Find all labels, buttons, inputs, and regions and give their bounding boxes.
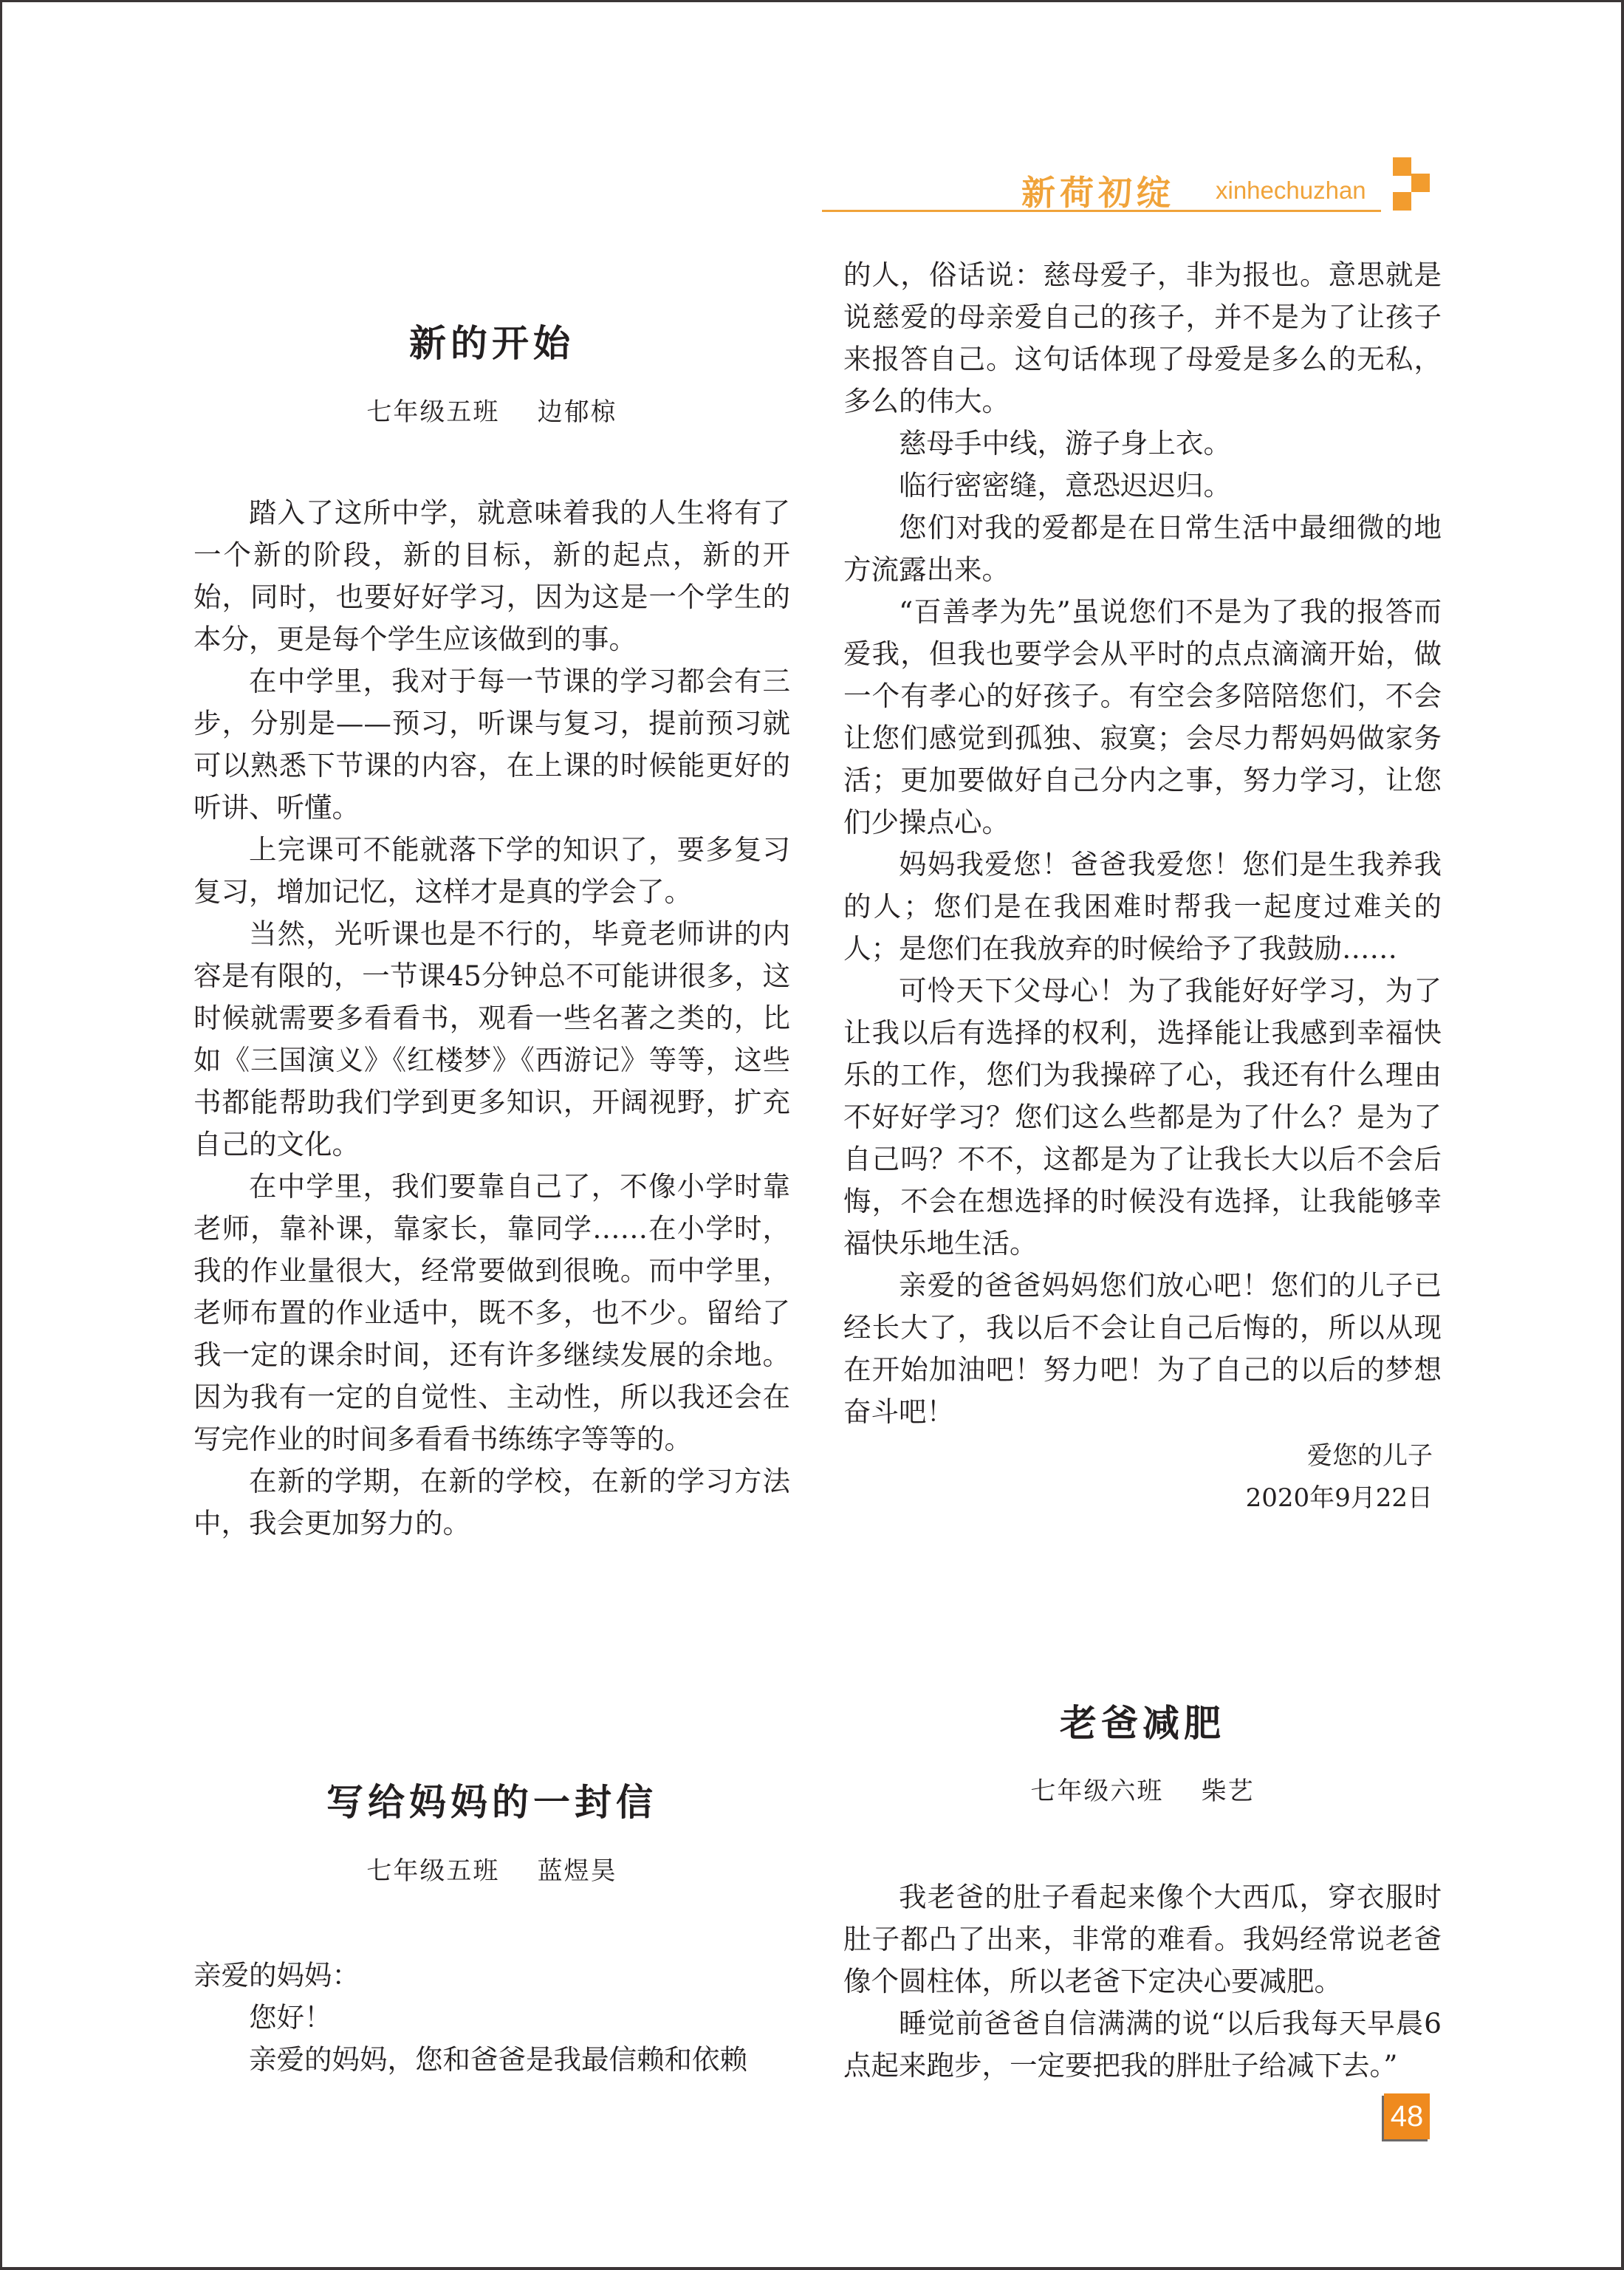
- paragraph: 上完课可不能就落下学的知识了，要多复习复习，增加记忆，这样才是真的学会了。: [193, 829, 790, 913]
- letter-signature: 爱您的儿子: [1182, 1435, 1433, 1477]
- paragraph: 当然，光听课也是不行的，毕竟老师讲的内容是有限的，一节课45分钟总不可能讲很多，…: [193, 913, 790, 1166]
- paragraph: 我老爸的肚子看起来像个大西瓜，穿衣服时肚子都凸了出来，非常的难看。我妈经常说老爸…: [843, 1876, 1442, 2003]
- article-title: 写给妈妈的一封信: [193, 1773, 790, 1826]
- article-byline: 七年级六班 柴艺: [843, 1771, 1442, 1807]
- letter-body-start: 亲爱的妈妈： 您好！ 亲爱的妈妈，您和爸爸是我最信赖和依赖: [193, 1955, 790, 2081]
- article-title: 新的开始: [193, 314, 790, 367]
- letter-body-continued: 的人，俗话说：慈母爱子，非为报也。意思就是说慈爱的母亲爱自己的孩子，并不是为了让…: [843, 254, 1442, 1433]
- section-header: 新荷初绽 xinhechuzhan: [822, 157, 1435, 216]
- article-byline: 七年级五班 蓝煜昊: [193, 1850, 790, 1887]
- paragraph: 亲爱的爸爸妈妈您们放心吧！您们的儿子已经长大了，我以后不会让自己后悔的，所以从现…: [843, 1265, 1442, 1433]
- paragraph: 睡觉前爸爸自信满满的说“以后我每天早晨6点起来跑步，一定要把我的胖肚子给减下去。…: [843, 2003, 1442, 2087]
- section-pinyin: xinhechuzhan: [1216, 177, 1366, 205]
- paragraph: 亲爱的妈妈，您和爸爸是我最信赖和依赖: [193, 2039, 790, 2081]
- paragraph: 妈妈我爱您！爸爸我爱您！您们是生我养我的人；您们是在我困难时帮我一起度过难关的人…: [843, 844, 1442, 970]
- poem-line: 临行密密缝，意恐迟迟归。: [843, 465, 1442, 507]
- letter-salutation: 亲爱的妈妈：: [193, 1955, 790, 1997]
- header-rule: [822, 210, 1381, 212]
- paragraph: 在中学里，我们要靠自己了，不像小学时靠老师，靠补课，靠家长，靠同学……在小学时，…: [193, 1166, 790, 1460]
- paragraph: 的人，俗话说：慈母爱子，非为报也。意思就是说慈爱的母亲爱自己的孩子，并不是为了让…: [843, 254, 1442, 423]
- paragraph: 踏入了这所中学，就意味着我的人生将有了一个新的阶段，新的目标，新的起点，新的开始…: [193, 492, 790, 660]
- section-title: 新荷初绽: [1021, 166, 1175, 215]
- paragraph: 您们对我的爱都是在日常生活中最细微的地方流露出来。: [843, 507, 1442, 591]
- letter-date: 2020年9月22日: [1182, 1477, 1433, 1519]
- article-title: 老爸减肥: [843, 1694, 1442, 1747]
- article-body: 踏入了这所中学，就意味着我的人生将有了一个新的阶段，新的目标，新的起点，新的开始…: [193, 492, 790, 1545]
- article-byline: 七年级五班 边郁椋: [193, 392, 790, 428]
- article-body: 我老爸的肚子看起来像个大西瓜，穿衣服时肚子都凸了出来，非常的难看。我妈经常说老爸…: [843, 1876, 1442, 2087]
- paragraph: 在中学里，我对于每一节课的学习都会有三步，分别是——预习，听课与复习，提前预习就…: [193, 660, 790, 829]
- page-number-badge: 48: [1384, 2093, 1430, 2139]
- letter-greeting: 您好！: [193, 1997, 790, 2039]
- paragraph: “百善孝为先”虽说您们不是为了我的报答而爱我，但我也要学会从平时的点点滴滴开始，…: [843, 591, 1442, 844]
- paragraph: 在新的学期，在新的学校，在新的学习方法中，我会更加努力的。: [193, 1460, 790, 1545]
- poem-line: 慈母手中线，游子身上衣。: [843, 423, 1442, 465]
- paragraph: 可怜天下父母心！为了我能好好学习，为了让我以后有选择的权利，选择能让我感到幸福快…: [843, 970, 1442, 1265]
